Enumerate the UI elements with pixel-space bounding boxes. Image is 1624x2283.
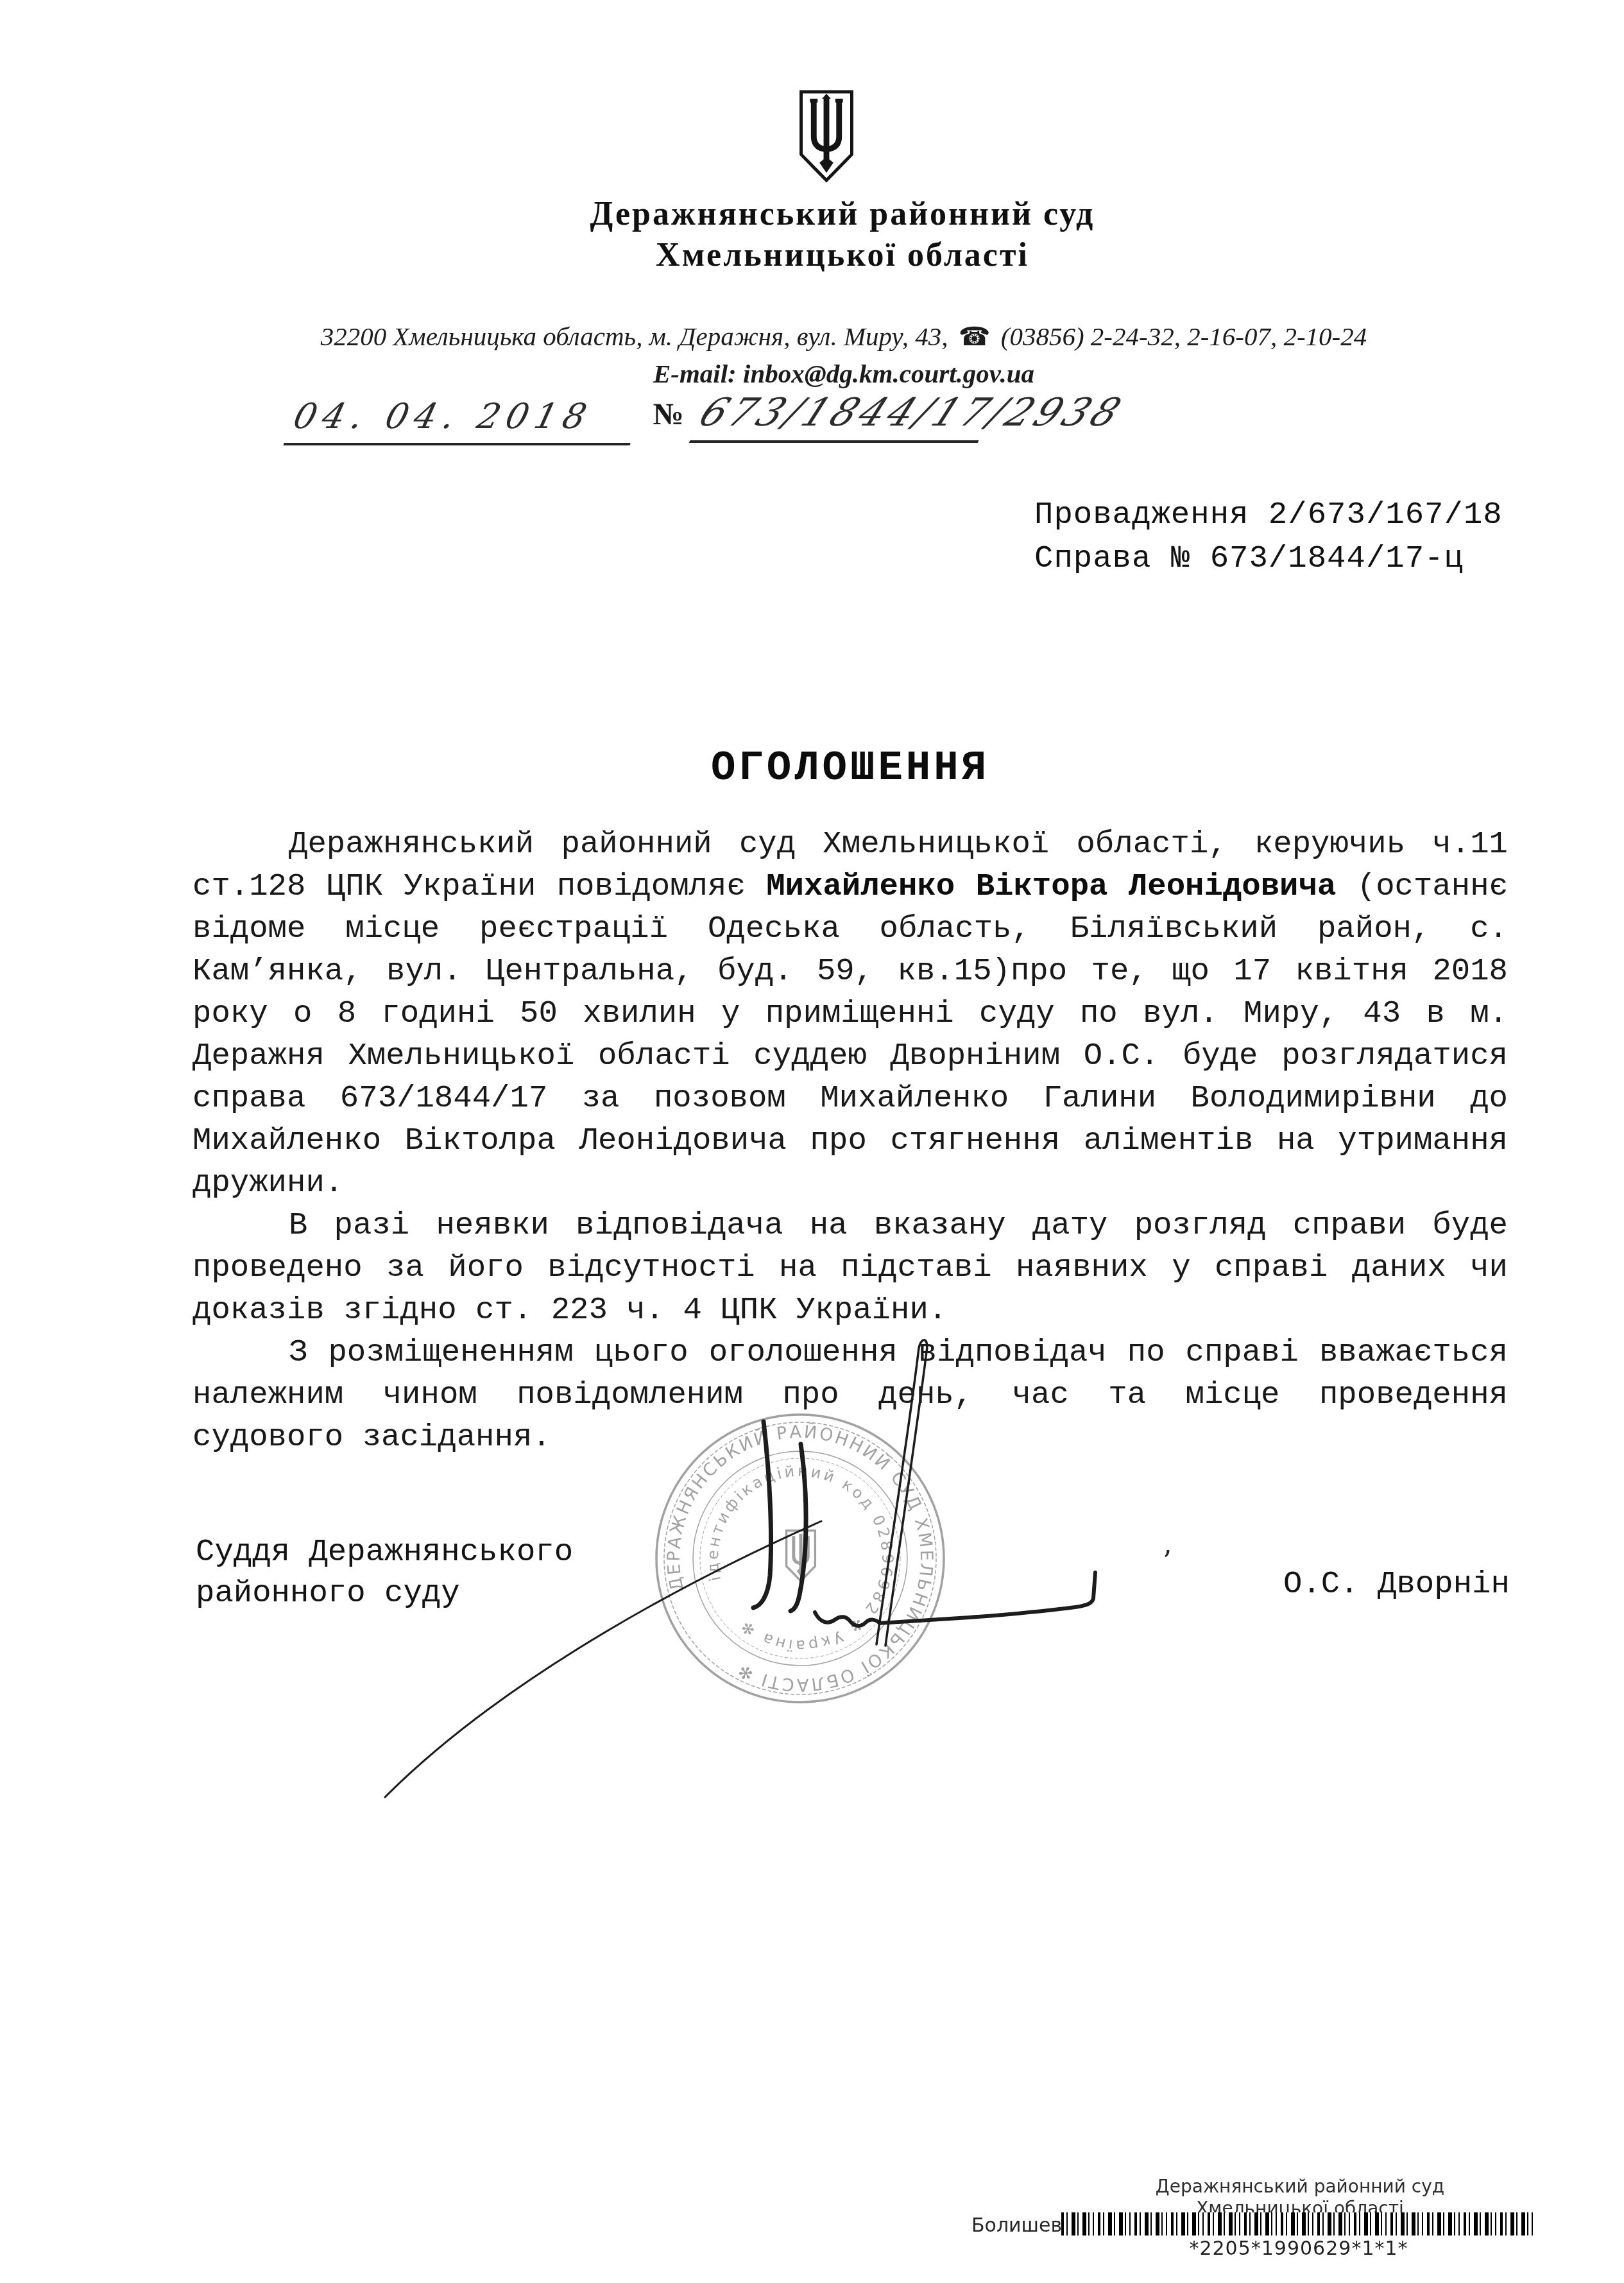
judge-name: О.С. Дворнін bbox=[1283, 1566, 1510, 1602]
footer-court-line1: Деражнянський районний суд bbox=[1011, 2176, 1589, 2198]
barcode-code-text: *2205*1990629*1*1* bbox=[1061, 2237, 1536, 2260]
judge-role-line2: районного суду bbox=[196, 1572, 573, 1614]
address-text: 32200 Хмельницька область, м. Деражня, в… bbox=[321, 322, 948, 351]
barcode-icon bbox=[1061, 2212, 1536, 2236]
body-paragraph-3: З розміщененням цього оголошення відпові… bbox=[192, 1331, 1508, 1458]
court-name-line1: Деражнянський районний суд bbox=[185, 195, 1500, 233]
court-name-line2: Хмельницької області bbox=[185, 236, 1500, 274]
phone-icon: ☎ bbox=[955, 322, 995, 351]
pen-tick-mark: ’ bbox=[1163, 1546, 1172, 1578]
body-paragraph-1: Деражнянський районний суд Хмельницької … bbox=[192, 823, 1508, 1204]
case-number: Справа № 673/1844/17-ц bbox=[1034, 537, 1503, 580]
judge-role-line1: Суддя Деражнянського bbox=[196, 1531, 573, 1572]
p1-rest-text: (останнє відоме місце реєстрації Одеська… bbox=[192, 868, 1508, 1201]
proceeding-number: Провадження 2/673/167/18 bbox=[1034, 493, 1503, 537]
phone-numbers: (03856) 2-24-32, 2-16-07, 2-10-24 bbox=[1001, 322, 1367, 351]
judge-role-caption: Суддя Деражнянського районного суду bbox=[196, 1531, 573, 1614]
handwritten-date: 04. 04. 2018 bbox=[284, 392, 643, 445]
announcement-body: Деражнянський районний суд Хмельницької … bbox=[192, 823, 1508, 1458]
footer-operator-name: Болишева bbox=[971, 2214, 1074, 2237]
scanned-court-document-page: Деражнянський районний суд Хмельницької … bbox=[0, 0, 1624, 2283]
court-address-line: 32200 Хмельницька область, м. Деражня, в… bbox=[186, 321, 1501, 352]
court-email-line: E-mail: inbox@dg.km.court.gov.ua bbox=[186, 358, 1501, 389]
body-paragraph-2: В разі неявки відповідача на вказану дат… bbox=[192, 1204, 1508, 1331]
case-reference-block: Провадження 2/673/167/18 Справа № 673/18… bbox=[1034, 493, 1503, 580]
respondent-name-bold: Михайленко Віктора Леонідовича bbox=[766, 868, 1336, 904]
handwritten-ref-number: 673/1844/17/2938 bbox=[683, 390, 1137, 443]
outgoing-ref-line: 04. 04. 2018№673/1844/17/2938 bbox=[290, 390, 1126, 474]
document-title: ОГОЛОШЕННЯ bbox=[192, 746, 1508, 792]
email-value: inbox@dg.km.court.gov.ua bbox=[743, 359, 1034, 388]
number-sign: № bbox=[653, 397, 684, 432]
stamp-center-trident-icon bbox=[787, 1531, 816, 1581]
email-label: E-mail: bbox=[653, 359, 737, 388]
trident-prongs bbox=[814, 98, 839, 160]
ukraine-trident-emblem-icon bbox=[793, 89, 860, 184]
